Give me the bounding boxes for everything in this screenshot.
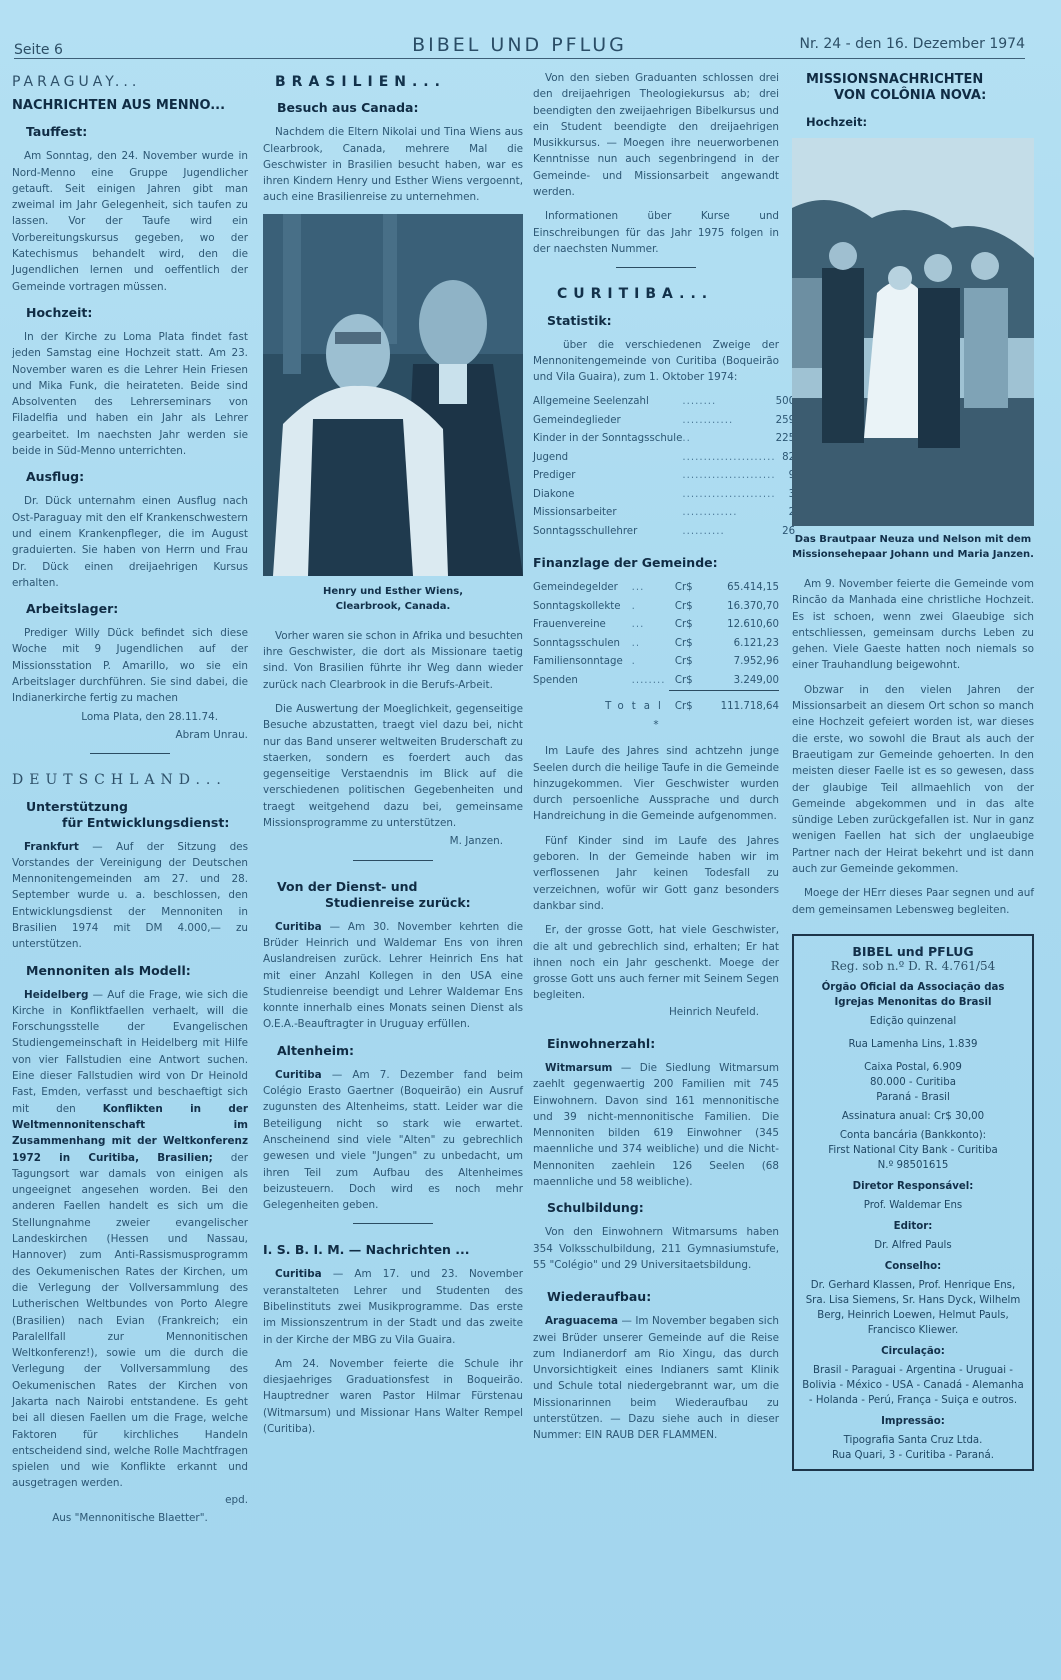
table-row: Allgemeine Seelenzahl........500 bbox=[533, 393, 795, 412]
region-heading-curitiba: CURITIBA... bbox=[557, 286, 779, 302]
source-citation: Aus "Mennonitische Blaetter". bbox=[12, 1510, 248, 1526]
article-text-isbim-2: Am 24. November feierte die Schule ihr d… bbox=[263, 1356, 523, 1437]
photo-wedding-couple bbox=[792, 138, 1034, 526]
table-row: Missionsarbeiter.............2 bbox=[533, 504, 795, 523]
imprint-box: BIBEL und PFLUG Reg. sob n.º D. R. 4.761… bbox=[792, 934, 1034, 1471]
article-title-modell: Mennoniten als Modell: bbox=[26, 963, 248, 979]
table-row: Sonntagsschullehrer..........26 bbox=[533, 523, 795, 542]
article-text-arbeitslager: Prediger Willy Dück befindet sich diese … bbox=[12, 625, 248, 706]
issue-date: Nr. 24 - den 16. Dezember 1974 bbox=[800, 36, 1025, 52]
article-title-arbeitslager: Arbeitslager: bbox=[26, 601, 248, 617]
article-text-besuch-2: Vorher waren sie schon in Afrika und bes… bbox=[263, 628, 523, 693]
street-address: Rua Lamenha Lins, 1.839 bbox=[802, 1037, 1024, 1052]
section-divider bbox=[616, 267, 696, 268]
photo-caption: Das Brautpaar Neuza und Nelson mit dem M… bbox=[792, 532, 1034, 562]
section-divider bbox=[90, 753, 170, 754]
table-row: Spenden........Cr$3.249,00 bbox=[533, 672, 779, 691]
statistik-intro: über die verschiedenen Zweige der Mennon… bbox=[533, 337, 779, 386]
region-heading-deutschland: DEUTSCHLAND... bbox=[12, 772, 248, 788]
column-brasilien: BRASILIEN... Besuch aus Canada: Nachdem … bbox=[263, 70, 523, 1445]
article-title-wiederaufbau: Wiederaufbau: bbox=[547, 1289, 779, 1305]
dateline: Frankfurt bbox=[24, 841, 79, 853]
article-text-segen: Er, der grosse Gott, hat viele Geschwist… bbox=[533, 922, 779, 1003]
article-title-tauffest: Tauffest: bbox=[26, 124, 248, 140]
table-row: Gemeindegelder...Cr$65.414,15 bbox=[533, 579, 779, 598]
article-title-isbim: I. S. B. I. M. — Nachrichten ... bbox=[263, 1242, 523, 1258]
subscription-price: Assinatura anual: Cr$ 30,00 bbox=[802, 1109, 1024, 1124]
article-text-informationen: Informationen über Kurse und Einschreibu… bbox=[533, 208, 779, 257]
article-text-graduanten: Von den sieben Graduanten schlossen drei… bbox=[533, 70, 779, 200]
statistics-table: Allgemeine Seelenzahl........500 Gemeind… bbox=[533, 393, 795, 541]
author-signature: Heinrich Neufeld. bbox=[533, 1004, 779, 1020]
total-row: Total Cr$ 111.718,64 bbox=[533, 691, 779, 717]
article-title-finanz: Finanzlage der Gemeinde: bbox=[533, 555, 779, 571]
imprint-title: BIBEL und PFLUG bbox=[802, 944, 1024, 959]
article-text-isbim: Curitiba — Am 17. und 23. November veran… bbox=[263, 1266, 523, 1347]
author-signature: Abram Unrau. bbox=[12, 727, 248, 743]
registration-number: Reg. sob n.º D. R. 4.761/54 bbox=[802, 959, 1024, 974]
portrait-image-icon bbox=[263, 214, 523, 576]
article-title-hochzeit-colonia: Hochzeit: bbox=[806, 114, 1034, 130]
section-heading-menno: NACHRICHTEN AUS MENNO... bbox=[12, 98, 248, 114]
column-curitiba: Von den sieben Graduanten schlossen drei… bbox=[533, 70, 779, 1452]
table-row: Sonntagskollekte.Cr$16.370,70 bbox=[533, 598, 779, 617]
article-text-besuch: Nachdem die Eltern Nikolai und Tina Wien… bbox=[263, 124, 523, 205]
article-text-ausflug: Dr. Dück unternahm einen Ausflug nach Os… bbox=[12, 493, 248, 591]
article-text-besuch-3: Die Auswertung der Moeglichkeit, gegense… bbox=[263, 701, 523, 831]
article-text-wiederaufbau: Araguacema — Im November begaben sich zw… bbox=[533, 1313, 779, 1443]
article-text-hochzeit: In der Kirche zu Loma Plata findet fast … bbox=[12, 329, 248, 459]
region-heading-paraguay: PARAGUAY... bbox=[12, 74, 248, 90]
table-row: Frauenvereine...Cr$12.610,60 bbox=[533, 616, 779, 635]
article-text-einwohner: Witmarsum — Die Siedlung Witmarsum zaehl… bbox=[533, 1060, 779, 1190]
article-title-statistik: Statistik: bbox=[547, 313, 779, 329]
section-divider bbox=[353, 1223, 433, 1224]
region-heading-brasilien: BRASILIEN... bbox=[275, 74, 523, 90]
section-heading-missionsnachrichten-1: MISSIONSNACHRICHTEN bbox=[806, 72, 1034, 88]
dateline: Heidelberg bbox=[24, 989, 88, 1001]
article-title-dienst-1: Von der Dienst- und bbox=[277, 879, 523, 895]
article-text-kinder: Fünf Kinder sind im Laufe des Jahres geb… bbox=[533, 833, 779, 914]
table-row: Prediger......................9 bbox=[533, 467, 795, 486]
table-row: Familiensonntage.Cr$7.952,96 bbox=[533, 653, 779, 672]
section-divider bbox=[353, 860, 433, 861]
masthead: Seite 6 BIBEL UND PFLUG Nr. 24 - den 16.… bbox=[14, 32, 1025, 60]
article-text-hochzeit-colonia-3: Moege der HErr dieses Paar segnen und au… bbox=[792, 885, 1034, 918]
source-epd: epd. bbox=[12, 1492, 248, 1508]
bank-account-number: N.º 98501615 bbox=[802, 1158, 1024, 1173]
article-text-modell: Heidelberg — Auf die Frage, wie sich die… bbox=[12, 987, 248, 1492]
column-paraguay: PARAGUAY... NACHRICHTEN AUS MENNO... Tau… bbox=[12, 70, 248, 1526]
article-text-altenheim: Curitiba — Am 7. Dezember fand beim Colé… bbox=[263, 1067, 523, 1214]
finance-table: Gemeindegelder...Cr$65.414,15 Sonntagsko… bbox=[533, 579, 779, 717]
article-title-altenheim: Altenheim: bbox=[277, 1043, 523, 1059]
table-row: Jugend......................82 bbox=[533, 449, 795, 468]
masthead-divider bbox=[14, 58, 1025, 59]
table-row: Gemeindeglieder............259 bbox=[533, 412, 795, 431]
article-title-einwohner: Einwohnerzahl: bbox=[547, 1036, 779, 1052]
article-text-hochzeit-colonia-2: Obzwar in den vielen Jahren der Missions… bbox=[792, 682, 1034, 878]
article-title-dienst-2: Studienreise zurück: bbox=[325, 895, 523, 911]
article-text-schulbildung: Von den Einwohnern Witmarsums haben 354 … bbox=[533, 1224, 779, 1273]
photo-caption: Henry und Esther Wiens, Clearbrook, Cana… bbox=[263, 584, 523, 614]
place-date: Loma Plata, den 28.11.74. bbox=[12, 709, 248, 725]
author-signature: M. Janzen. bbox=[263, 833, 523, 849]
table-row: Diakone......................3 bbox=[533, 486, 795, 505]
article-title-schulbildung: Schulbildung: bbox=[547, 1200, 779, 1216]
article-text-hochzeit-colonia-1: Am 9. November feierte die Gemeinde vom … bbox=[792, 576, 1034, 674]
star-separator: * bbox=[533, 717, 779, 733]
article-title-hochzeit: Hochzeit: bbox=[26, 305, 248, 321]
article-title-unterstuetzung-1: Unterstützung bbox=[26, 799, 248, 815]
photo-henry-esther-wiens bbox=[263, 214, 523, 576]
article-text-tauffest: Am Sonntag, den 24. November wurde in No… bbox=[12, 148, 248, 295]
column-colonia-nova: MISSIONSNACHRICHTEN VON COLÔNIA NOVA: Ho… bbox=[792, 70, 1034, 1471]
article-text-unterstuetzung: Frankfurt — Auf der Sitzung des Vorstand… bbox=[12, 839, 248, 953]
table-row: Kinder in der Sonntagsschule..225 bbox=[533, 430, 795, 449]
article-title-besuch: Besuch aus Canada: bbox=[277, 100, 523, 116]
table-row: Sonntagsschulen..Cr$6.121,23 bbox=[533, 635, 779, 654]
article-title-unterstuetzung-2: für Entwicklungsdienst: bbox=[62, 815, 248, 831]
wedding-photo-image-icon bbox=[792, 138, 1034, 526]
section-heading-missionsnachrichten-2: VON COLÔNIA NOVA: bbox=[834, 88, 1034, 104]
newspaper-page: Seite 6 BIBEL UND PFLUG Nr. 24 - den 16.… bbox=[0, 0, 1061, 1680]
article-text-taufe: Im Laufe des Jahres sind achtzehn junge … bbox=[533, 743, 779, 824]
article-text-dienst: Curitiba — Am 30. November kehrten die B… bbox=[263, 919, 523, 1033]
article-title-ausflug: Ausflug: bbox=[26, 469, 248, 485]
